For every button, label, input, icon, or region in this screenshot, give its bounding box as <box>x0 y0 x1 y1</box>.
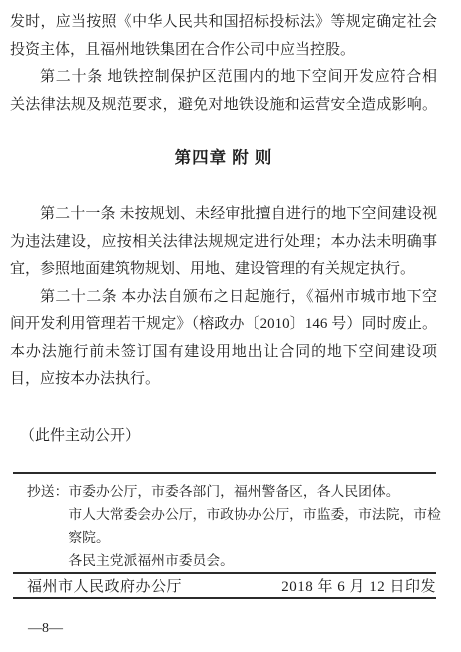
page-number: —8— <box>28 621 461 637</box>
body-paragraph: 发时，应当按照《中华人民共和国招标投标法》等规定确定社会 投资主体，且福州地铁集… <box>10 9 437 64</box>
copy-to-lines: 市委办公厅，市委各部门，福州警备区，各人民团体。 市人大常委会办公厅，市政协办公… <box>68 480 441 572</box>
body-paragraph-article-21: 第二十一条 未按规划、未经审批擅自进行的地下空间建设视 为违法建设，应按相关法律… <box>10 201 437 284</box>
copy-to-line: 察院。 <box>68 526 441 549</box>
body-line: 目，应按本办法执行。 <box>10 366 437 394</box>
copy-to-line: 各民主党派福州市委员会。 <box>68 549 441 572</box>
body-line: 宜，参照地面建筑物规划、用地、建设管理的有关规定执行。 <box>10 256 437 284</box>
footer-print-date: 2018 年 6 月 12 日印发 <box>281 575 436 596</box>
body-paragraph-article-22: 第二十二条 本办法自颁布之日起施行，《福州市城市地下空 间开发利用管理若干规定》… <box>10 284 437 394</box>
body-line: 第二十条 地铁控制保护区范围内的地下空间开发应符合相 <box>10 64 437 92</box>
copy-to-label: 抄送： <box>27 480 68 503</box>
body-line: 关法律法规及规范要求，避免对地铁设施和运营安全造成影响。 <box>10 92 437 120</box>
disclosure-note: （此件主动公开） <box>20 425 437 447</box>
body-paragraph-article-20: 第二十条 地铁控制保护区范围内的地下空间开发应符合相 关法律法规及规范要求，避免… <box>10 64 437 119</box>
body-line: 本办法施行前未签订国有建设用地出让合同的地下空间建设项 <box>10 339 437 367</box>
body-line: 为违法建设，应按相关法律法规规定进行处理；本办法未明确事 <box>10 229 437 257</box>
body-line: 发时，应当按照《中华人民共和国招标投标法》等规定确定社会 <box>10 9 437 37</box>
body-line: 投资主体，且福州地铁集团在合作公司中应当控股。 <box>10 37 437 65</box>
chapter-heading: 第四章 附 则 <box>10 147 437 169</box>
footer-row: 福州市人民政府办公厅 2018 年 6 月 12 日印发 <box>13 572 436 599</box>
document-body: 发时，应当按照《中华人民共和国招标投标法》等规定确定社会 投资主体，且福州地铁集… <box>10 0 437 447</box>
annex-section: 抄送： 市委办公厅，市委各部门，福州警备区，各人民团体。 市人大常委会办公厅，市… <box>13 472 436 599</box>
body-line: 第二十二条 本办法自颁布之日起施行，《福州市城市地下空 <box>10 284 437 312</box>
copy-to-line: 市人大常委会办公厅，市政协办公厅，市监委，市法院，市检 <box>68 503 441 526</box>
copy-to-line: 市委办公厅，市委各部门，福州警备区，各人民团体。 <box>68 480 441 503</box>
footer-issuer: 福州市人民政府办公厅 <box>27 575 182 596</box>
copy-to-block: 抄送： 市委办公厅，市委各部门，福州警备区，各人民团体。 市人大常委会办公厅，市… <box>13 474 436 572</box>
body-line: 第二十一条 未按规划、未经审批擅自进行的地下空间建设视 <box>10 201 437 229</box>
document-page: 发时，应当按照《中华人民共和国招标投标法》等规定确定社会 投资主体，且福州地铁集… <box>0 0 461 652</box>
body-line: 间开发利用管理若干规定》（榕政办〔2010〕146 号）同时废止。 <box>10 311 437 339</box>
